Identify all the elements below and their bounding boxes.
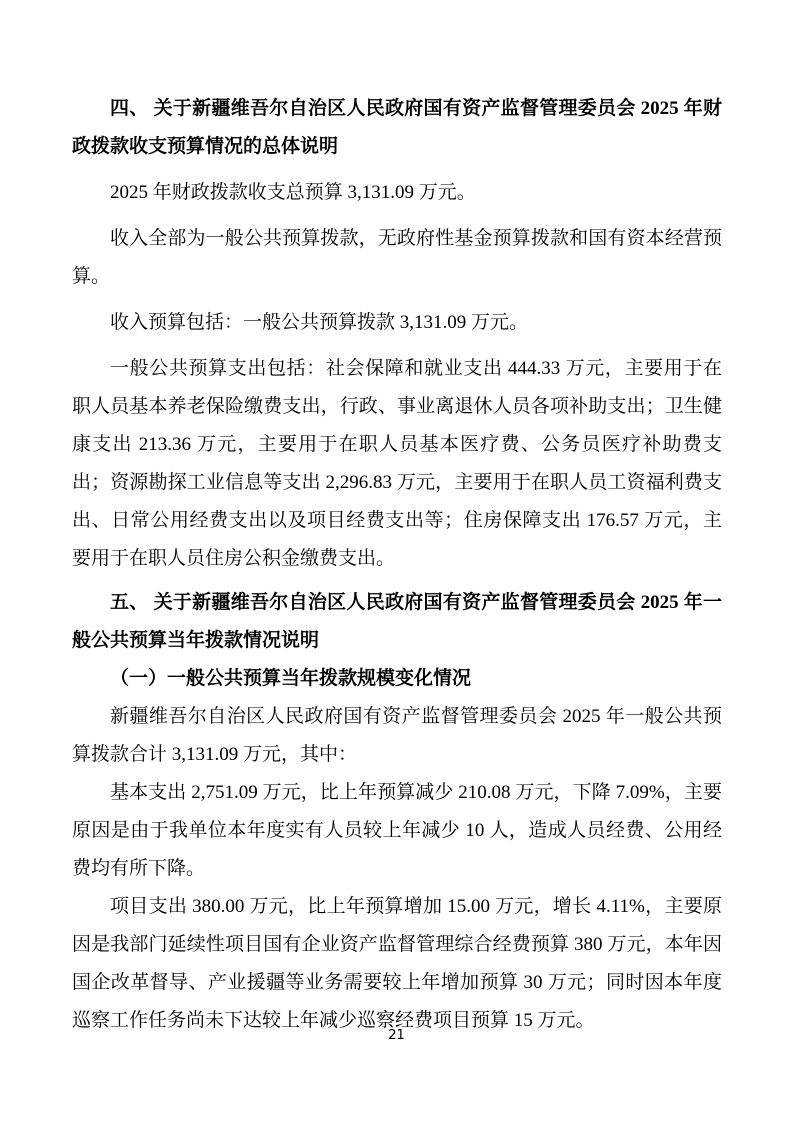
section-5-subheading: （一）一般公共预算当年拨款规模变化情况 — [72, 660, 722, 698]
section-4-paragraph-income-source: 收入全部为一般公共预算拨款，无政府性基金预算拨款和国有资本经营预算。 — [72, 220, 722, 296]
section-4-paragraph-total-budget: 2025 年财政拨款收支总预算 3,131.09 万元。 — [72, 174, 722, 212]
section-4-paragraph-income-budget: 收入预算包括：一般公共预算拨款 3,131.09 万元。 — [72, 304, 722, 342]
section-5-paragraph-total-allocation: 新疆维吾尔自治区人民政府国有资产监督管理委员会 2025 年一般公共预算拨款合计… — [72, 698, 722, 774]
page-number: 21 — [0, 1028, 793, 1043]
document-content: 四、 关于新疆维吾尔自治区人民政府国有资产监督管理委员会 2025 年财政拨款收… — [72, 90, 722, 1040]
document-page: 四、 关于新疆维吾尔自治区人民政府国有资产监督管理委员会 2025 年财政拨款收… — [0, 0, 793, 1122]
section-5-heading: 五、 关于新疆维吾尔自治区人民政府国有资产监督管理委员会 2025 年一般公共预… — [72, 584, 722, 660]
section-5-paragraph-project-expenditure: 项目支出 380.00 万元，比上年预算增加 15.00 万元，增长 4.11%… — [72, 888, 722, 1040]
section-4-paragraph-expenditure-breakdown: 一般公共预算支出包括：社会保障和就业支出 444.33 万元，主要用于在职人员基… — [72, 350, 722, 578]
section-4-heading: 四、 关于新疆维吾尔自治区人民政府国有资产监督管理委员会 2025 年财政拨款收… — [72, 90, 722, 166]
section-5-paragraph-basic-expenditure: 基本支出 2,751.09 万元，比上年预算减少 210.08 万元，下降 7.… — [72, 774, 722, 888]
